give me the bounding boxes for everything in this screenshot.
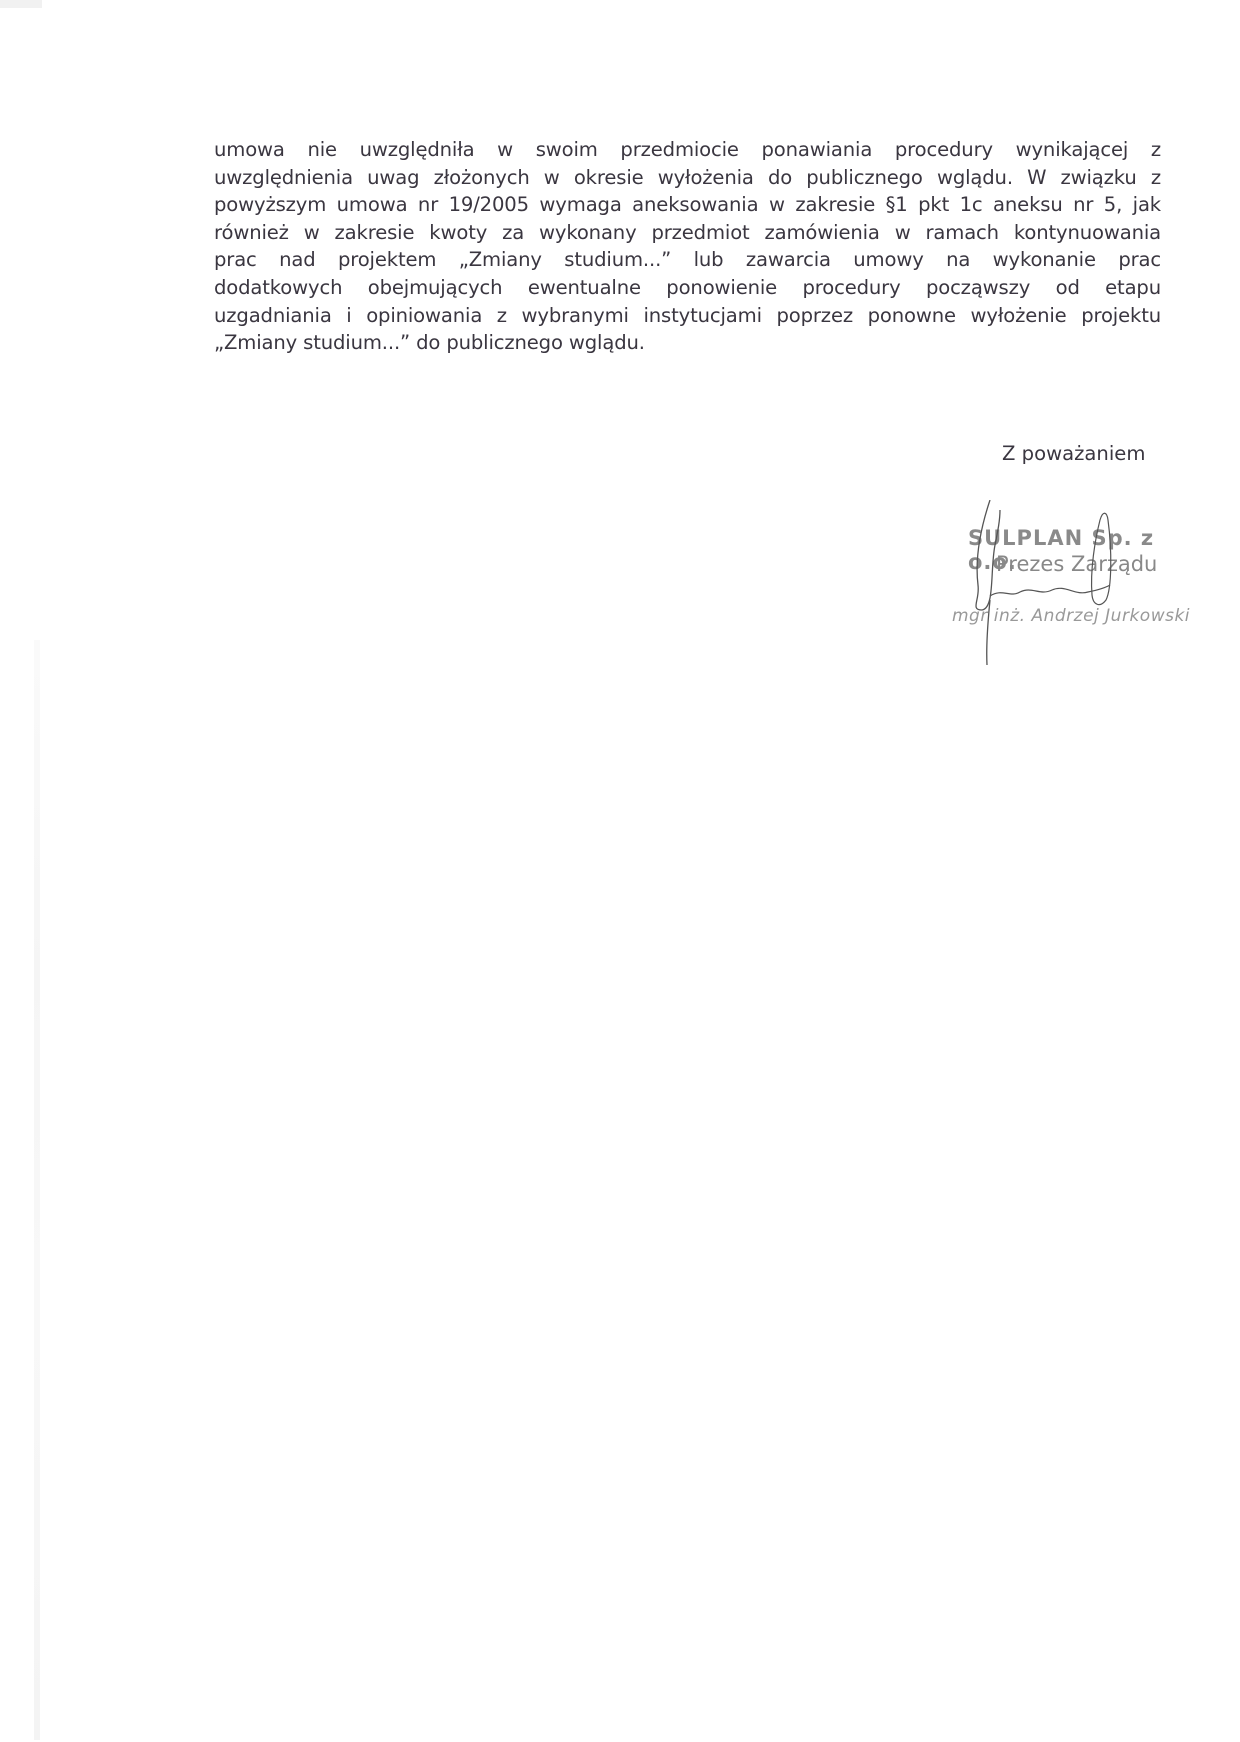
body-line: prac nad projektem „Zmiany studium...” l… <box>214 246 1161 274</box>
body-line: umowa nie uwzględniła w swoim przedmioci… <box>214 136 1161 164</box>
letter-body: umowa nie uwzględniła w swoim przedmioci… <box>214 136 1161 357</box>
body-line: również w zakresie kwoty za wykonany prz… <box>214 219 1161 247</box>
scan-artifact-corner <box>0 0 42 8</box>
body-line: uwzględnienia uwag złożonych w okresie w… <box>214 164 1161 192</box>
closing-salutation: Z poważaniem <box>1002 442 1145 465</box>
handwritten-signature-icon <box>940 500 1200 670</box>
body-line: „Zmiany studium...” do publicznego wgląd… <box>214 329 1161 357</box>
body-line: dodatkowych obejmujących ewentualne pono… <box>214 274 1161 302</box>
scan-artifact-edge <box>34 640 40 1740</box>
body-line: powyższym umowa nr 19/2005 wymaga anekso… <box>214 191 1161 219</box>
body-line: uzgadniania i opiniowania z wybranymi in… <box>214 302 1161 330</box>
